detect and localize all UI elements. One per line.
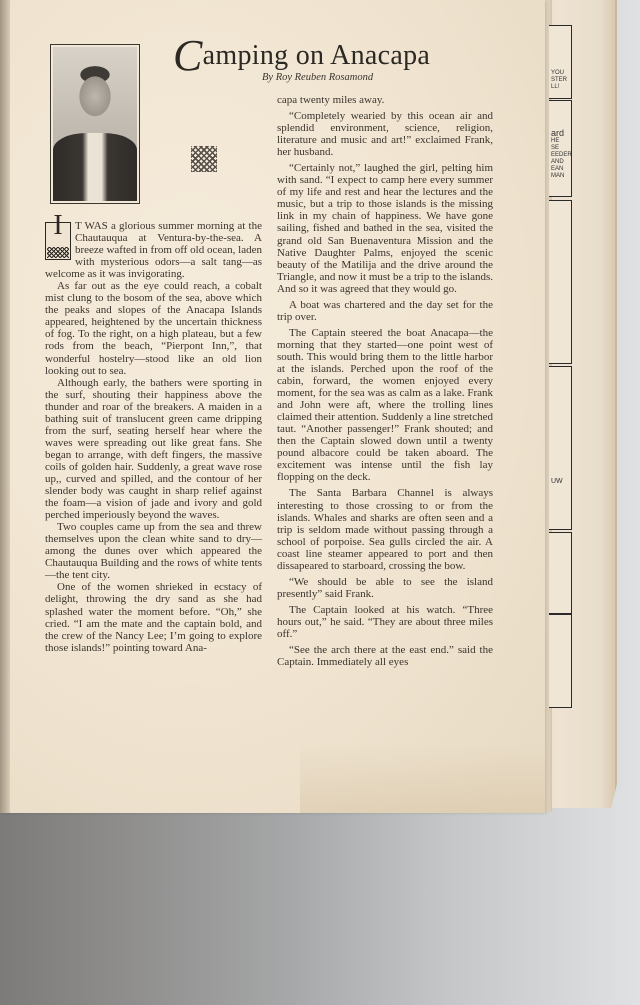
paragraph: “Certainly not,” laughed the girl, pelti… xyxy=(277,162,493,295)
paragraph: Although early, the bathers were sportin… xyxy=(45,377,262,522)
paragraph: The Captain looked at his watch. “Three … xyxy=(277,604,493,640)
paragraph: “See the arch there at the east end.” sa… xyxy=(277,644,493,668)
comic-text: ard HE SE EEDER AND EAN MAN xyxy=(551,128,572,180)
article-column-left: I T WAS a glorious summer morning at the… xyxy=(45,220,262,654)
comic-panel xyxy=(549,614,572,708)
paragraph: As far out as the eye could reach, a cob… xyxy=(45,280,262,376)
paragraph: One of the women shrieked in ecstacy of … xyxy=(45,581,262,653)
comic-panel xyxy=(549,366,572,530)
comic-text: YOU STER LL! xyxy=(551,70,567,91)
paragraph: “We should be able to see the island pre… xyxy=(277,576,493,600)
byline: By Roy Reuben Rosamond xyxy=(262,72,373,83)
article-column-right: capa twenty miles away. “Completely wear… xyxy=(277,94,493,668)
comic-text: UW xyxy=(551,478,563,485)
article-title: Camping on Anacapa xyxy=(173,40,430,72)
paragraph: “Completely wearied by this ocean air an… xyxy=(277,110,493,158)
paragraph: T WAS a glorious summer morning at the C… xyxy=(45,220,262,280)
article-page: Camping on Anacapa By Roy Reuben Rosamon… xyxy=(0,0,545,813)
paragraph: capa twenty miles away. xyxy=(277,94,493,106)
ornament-icon xyxy=(191,146,217,172)
comic-panel xyxy=(549,200,572,364)
drop-cap: I xyxy=(45,222,71,260)
author-portrait xyxy=(50,44,140,204)
paragraph: The Santa Barbara Channel is always inte… xyxy=(277,487,493,571)
paragraph: A boat was chartered and the day set for… xyxy=(277,299,493,323)
paragraph: The Captain steered the boat Anacapa—the… xyxy=(277,327,493,484)
paragraph: Two couples came up from the sea and thr… xyxy=(45,521,262,581)
comic-panel xyxy=(549,532,572,614)
